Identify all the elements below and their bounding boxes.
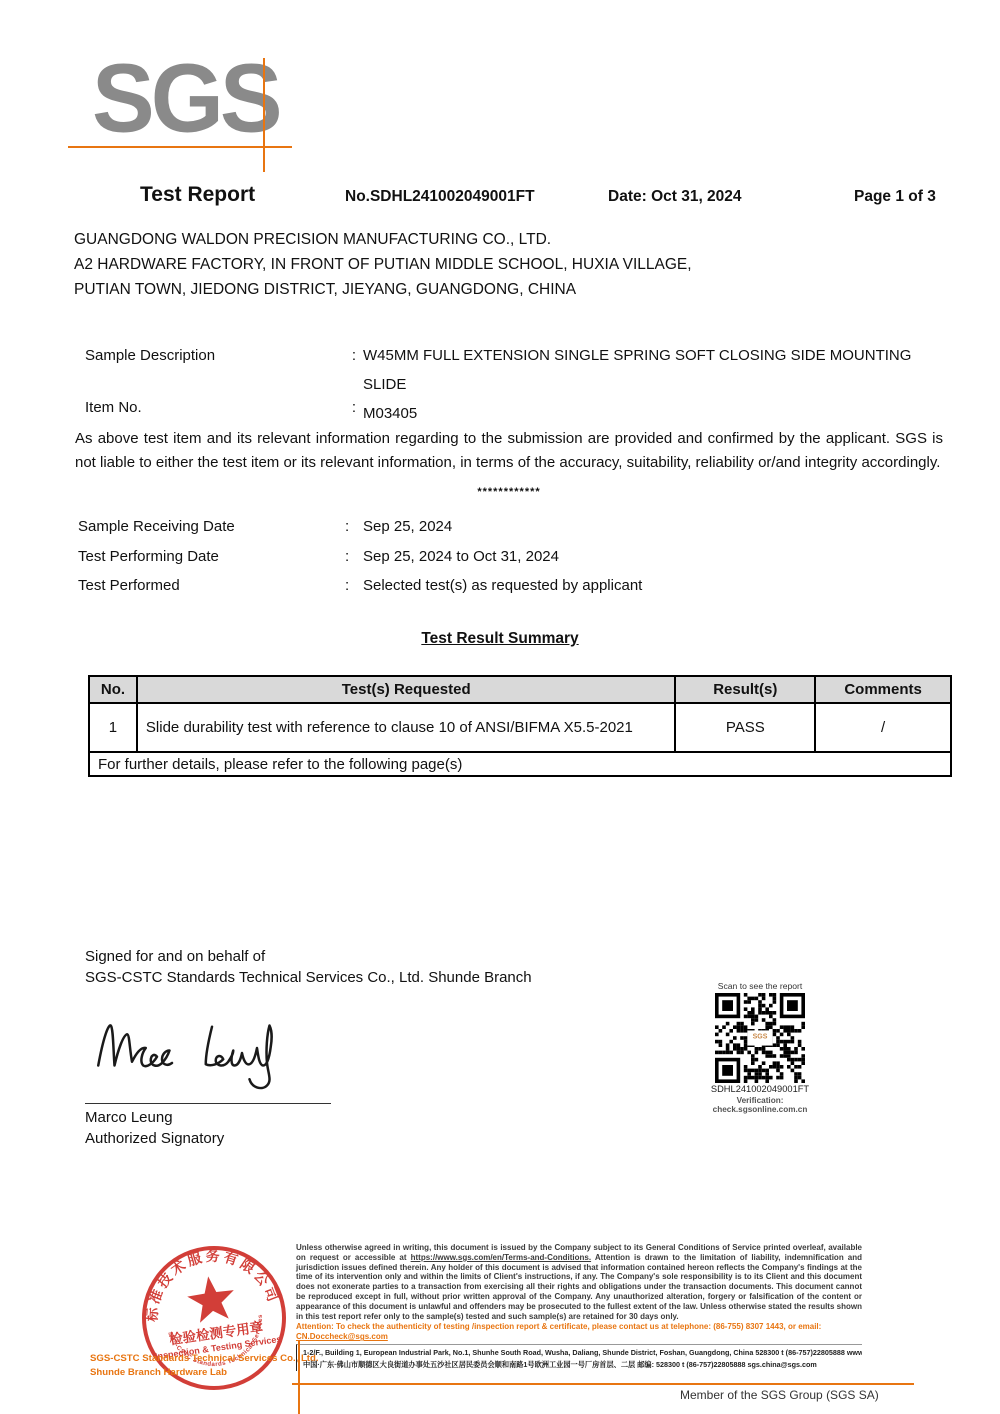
applicant-address: GUANGDONG WALDON PRECISION MANUFACTURING… [74, 227, 954, 302]
test-performed-row: Test Performed : Selected test(s) as req… [78, 577, 948, 607]
date-value: Selected test(s) as requested by applica… [363, 577, 948, 607]
cell-test: Slide durability test with reference to … [137, 703, 676, 752]
col-header-results: Result(s) [675, 676, 815, 703]
table-row: 1 Slide durability test with reference t… [89, 703, 951, 752]
sample-receiving-date-row: Sample Receiving Date : Sep 25, 2024 [78, 518, 948, 548]
date-label: Test Performing Date [78, 548, 345, 578]
branch-address-block: 1-2/F., Building 1, European Industrial … [296, 1344, 862, 1371]
doccheck-email-link[interactable]: CN.Doccheck@sgs.com [296, 1332, 388, 1341]
qr-verification-label: Verification: [700, 1096, 820, 1105]
qr-report-number: SDHL241002049001FT [700, 1084, 820, 1094]
table-footer-note: For further details, please refer to the… [89, 752, 951, 776]
separator-stars: ************ [75, 486, 943, 498]
item-no-row: Item No. : M03405 [85, 399, 955, 428]
sgs-logo: SGS [92, 42, 279, 154]
signatory-block: Marco Leung Authorized Signatory [85, 1107, 224, 1149]
attention-text: Attention: To check the authenticity of … [296, 1322, 862, 1342]
signatory-name: Marco Leung [85, 1107, 224, 1128]
signatory-title: Authorized Signatory [85, 1128, 224, 1149]
sample-description-value: W45MM FULL EXTENSION SINGLE SPRING SOFT … [363, 341, 923, 399]
colon: : [345, 518, 363, 548]
applicant-line: PUTIAN TOWN, JIEDONG DISTRICT, JIEYANG, … [74, 277, 954, 302]
col-header-tests-requested: Test(s) Requested [137, 676, 676, 703]
qr-block: Scan to see the report SGS SDHL241002049… [700, 981, 820, 1114]
logo-cross-vertical-line [263, 58, 265, 172]
cell-comments: / [815, 703, 951, 752]
logo-cross-horizontal-line [68, 146, 292, 148]
cell-no: 1 [89, 703, 137, 752]
footer-legal-block: Unless otherwise agreed in writing, this… [296, 1243, 862, 1371]
colon: : [345, 399, 363, 428]
legal-text: Attention is drawn to the limitation of … [296, 1253, 862, 1321]
qr-caption: Scan to see the report [700, 981, 820, 991]
sample-description-label: Sample Description [85, 341, 345, 399]
applicant-line: A2 HARDWARE FACTORY, IN FRONT OF PUTIAN … [74, 252, 954, 277]
stamp-company-name: SGS-CSTC Standards Technical Services Co… [90, 1352, 320, 1379]
terms-link[interactable]: https://www.sgs.com/en/Terms-and-Conditi… [411, 1253, 591, 1262]
qr-verification-url[interactable]: check.sgsonline.com.cn [700, 1105, 820, 1114]
test-result-summary-title: Test Result Summary [0, 630, 1000, 648]
date-label: Sample Receiving Date [78, 518, 345, 548]
report-number: No.SDHL241002049001FT [345, 188, 535, 206]
date-value: Sep 25, 2024 to Oct 31, 2024 [363, 548, 948, 578]
stamp-company-line: SGS-CSTC Standards Technical Services Co… [90, 1352, 320, 1366]
qr-code: SGS [715, 993, 805, 1083]
signature-line [85, 1103, 331, 1104]
signature-image [92, 1008, 302, 1093]
item-no-label: Item No. [85, 399, 345, 428]
report-date: Date: Oct 31, 2024 [608, 188, 742, 206]
submission-disclaimer: As above test item and its relevant info… [75, 427, 943, 474]
signed-for-label: Signed for and on behalf of [85, 946, 532, 967]
footer-vertical-line [298, 1340, 300, 1414]
qr-code-image: SGS [715, 993, 805, 1083]
legal-conditions-text: Unless otherwise agreed in writing, this… [296, 1243, 862, 1321]
date-label: Test Performed [78, 577, 345, 607]
stamp-company-line: Shunde Branch Hardware Lab [90, 1366, 320, 1380]
test-result-table: No. Test(s) Requested Result(s) Comments… [88, 675, 952, 777]
stamp-star-icon [185, 1273, 238, 1324]
sgs-member-note: Member of the SGS Group (SGS SA) [680, 1388, 879, 1402]
branch-address-english: 1-2/F., Building 1, European Industrial … [303, 1347, 862, 1359]
colon: : [345, 577, 363, 607]
item-no-value: M03405 [363, 399, 955, 428]
sample-description-row: Sample Description : W45MM FULL EXTENSIO… [85, 341, 955, 399]
test-performing-date-row: Test Performing Date : Sep 25, 2024 to O… [78, 548, 948, 578]
page-indicator: Page 1 of 3 [854, 188, 936, 206]
col-header-comments: Comments [815, 676, 951, 703]
dates-section: Sample Receiving Date : Sep 25, 2024 Tes… [78, 518, 948, 607]
footer-horizontal-line [292, 1383, 914, 1385]
branch-address-chinese: 中国·广东·佛山市顺德区大良街道办事处五沙社区居民委员会顺和南路1号欧洲工业园一… [303, 1359, 862, 1371]
colon: : [345, 341, 363, 399]
signed-block: Signed for and on behalf of SGS-CSTC Sta… [85, 946, 532, 988]
test-report-page: SGS Test Report No.SDHL241002049001FT Da… [0, 0, 1000, 1414]
date-value: Sep 25, 2024 [363, 518, 948, 548]
cell-result: PASS [675, 703, 815, 752]
attention-notice: Attention: To check the authenticity of … [296, 1322, 821, 1331]
col-header-no: No. [89, 676, 137, 703]
colon: : [345, 548, 363, 578]
table-footer-row: For further details, please refer to the… [89, 752, 951, 776]
table-header-row: No. Test(s) Requested Result(s) Comments [89, 676, 951, 703]
svg-text:SGS: SGS [753, 1034, 768, 1041]
page-title: Test Report [140, 183, 255, 207]
signing-company: SGS-CSTC Standards Technical Services Co… [85, 967, 532, 988]
applicant-line: GUANGDONG WALDON PRECISION MANUFACTURING… [74, 227, 954, 252]
